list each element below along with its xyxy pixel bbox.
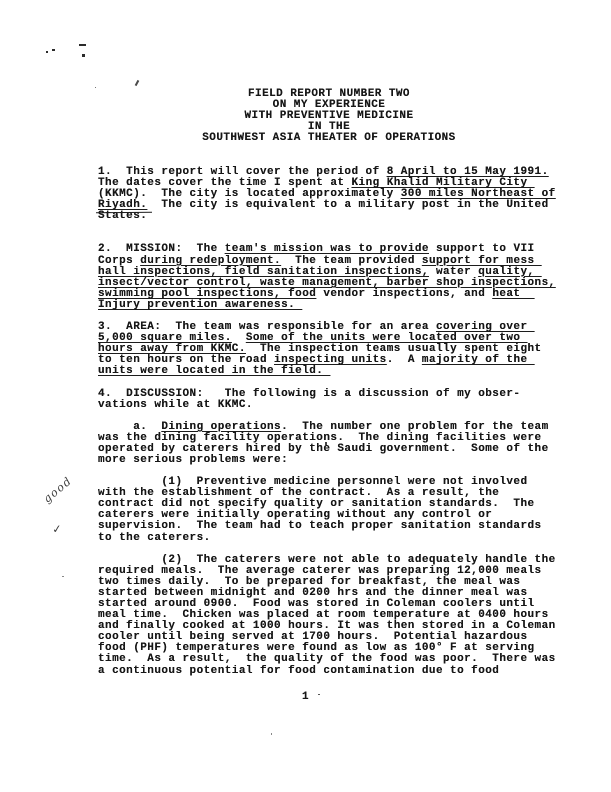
- underlined-text: heat: [492, 288, 534, 300]
- text-line: units were located in the field.: [98, 366, 578, 377]
- scan-speck: [52, 49, 55, 51]
- text-line: a continuous potential for food contamin…: [98, 666, 578, 677]
- text-line: Injury prevention awareness.: [98, 300, 578, 311]
- page-number: 1: [0, 692, 611, 703]
- text-line: States.: [98, 211, 578, 222]
- text-segment: The city is equivalent to a military pos…: [147, 199, 548, 211]
- underlined-text: Injury prevention awareness.: [98, 299, 302, 311]
- scan-speck: [271, 733, 272, 735]
- scan-speck: [95, 87, 96, 88]
- paragraph-2-mission: 2. MISSION: The team's mission was to pr…: [98, 244, 578, 311]
- text-line: vations while at KKMC.: [98, 400, 578, 411]
- scan-speck: [79, 44, 86, 46]
- paragraph-a2-meals: (2) The caterers were not able to adequa…: [98, 555, 578, 677]
- paragraph-1-period: 1. This report will cover the period of …: [98, 167, 578, 222]
- scan-speck: [135, 80, 140, 86]
- title-line: SOUTHWEST ASIA THEATER OF OPERATIONS: [98, 133, 560, 144]
- text-line: to the caterers.: [98, 533, 578, 544]
- text-line: Riyadh. The city is equivalent to a mili…: [98, 200, 578, 211]
- handwritten-margin-note: good: [41, 474, 75, 505]
- document-page: FIELD REPORT NUMBER TWOON MY EXPERIENCEW…: [0, 0, 611, 792]
- underlined-text: majority of the: [422, 354, 535, 366]
- text-line: more serious problems were:: [98, 455, 578, 466]
- paragraph-a-dining-operations: a. Dining operations. The number one pro…: [98, 422, 578, 466]
- document-body: 1. This report will cover the period of …: [98, 167, 578, 688]
- scan-speck: [62, 576, 64, 577]
- paragraph-3-area: 3. AREA: The team was responsible for an…: [98, 322, 578, 377]
- struck-text: States.: [98, 210, 147, 222]
- scan-speck: [46, 51, 48, 53]
- text-segment: more serious problems were:: [98, 454, 288, 466]
- text-segment: vendor inspections, and: [316, 288, 492, 300]
- text-segment: . A: [387, 354, 422, 366]
- handwritten-checkmark-icon: ✓: [52, 522, 61, 538]
- scan-speck: [82, 54, 85, 57]
- underlined-text: units were located in the field.: [98, 365, 330, 377]
- text-segment: a continuous potential for food contamin…: [98, 665, 499, 677]
- text-segment: vations while at KKMC.: [98, 399, 253, 411]
- text-segment: to the caterers.: [98, 532, 211, 544]
- paragraph-a1-contract: (1) Preventive medicine personnel were n…: [98, 477, 578, 544]
- paragraph-4-discussion: 4. DISCUSSION: The following is a discus…: [98, 389, 578, 411]
- document-title: FIELD REPORT NUMBER TWOON MY EXPERIENCEW…: [98, 89, 560, 144]
